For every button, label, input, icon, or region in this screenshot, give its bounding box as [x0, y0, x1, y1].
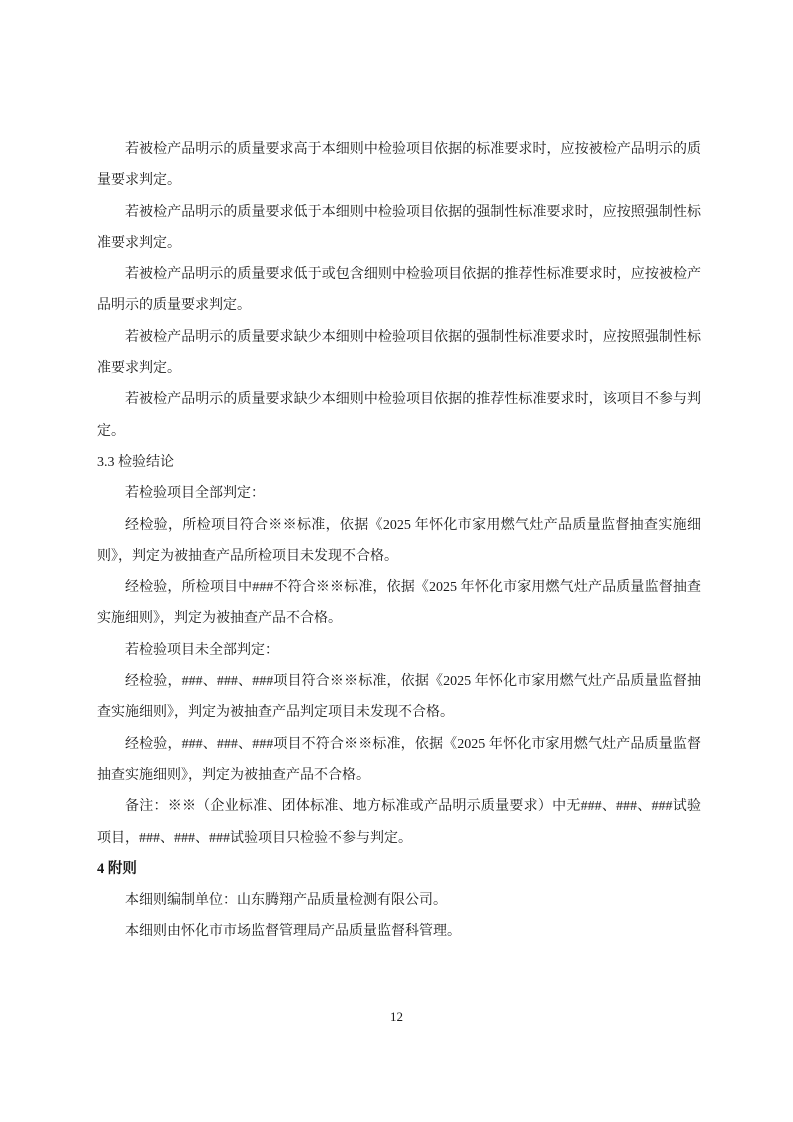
paragraph-quality-lower-mandatory: 若被检产品明示的质量要求低于本细则中检验项目依据的强制性标准要求时，应按照强制性…	[97, 197, 701, 260]
paragraph-quality-lower-recommended: 若被检产品明示的质量要求低于或包含细则中检验项目依据的推荐性标准要求时，应按被检…	[97, 259, 701, 322]
paragraph-remark: 备注：※※（企业标准、团体标准、地方标准或产品明示质量要求）中无###、###、…	[97, 791, 701, 854]
paragraph-partial-pass-conclusion: 经检验，###、###、###项目符合※※标准，依据《2025 年怀化市家用燃气…	[97, 666, 701, 729]
paragraph-partial-fail-conclusion: 经检验，###、###、###项目不符合※※标准，依据《2025 年怀化市家用燃…	[97, 729, 701, 792]
paragraph-compiling-unit: 本细则编制单位：山东腾翔产品质量检测有限公司。	[97, 885, 701, 916]
paragraph-managing-unit: 本细则由怀化市市场监督管理局产品质量监督科管理。	[97, 916, 701, 947]
paragraph-pass-conclusion: 经检验，所检项目符合※※标准，依据《2025 年怀化市家用燃气灶产品质量监督抽查…	[97, 510, 701, 573]
document-page: 若被检产品明示的质量要求高于本细则中检验项目依据的标准要求时，应按被检产品明示的…	[0, 0, 793, 1122]
page-number: 12	[0, 1008, 793, 1026]
section-heading-4: 4 附则	[97, 854, 701, 885]
section-heading-3-3: 3.3 检验结论	[97, 447, 701, 478]
paragraph-not-all-judged-intro: 若检验项目未全部判定：	[97, 635, 701, 666]
paragraph-quality-higher: 若被检产品明示的质量要求高于本细则中检验项目依据的标准要求时，应按被检产品明示的…	[97, 134, 701, 197]
paragraph-fail-conclusion: 经检验，所检项目中###不符合※※标准，依据《2025 年怀化市家用燃气灶产品质…	[97, 572, 701, 635]
paragraph-quality-missing-recommended: 若被检产品明示的质量要求缺少本细则中检验项目依据的推荐性标准要求时，该项目不参与…	[97, 384, 701, 447]
paragraph-all-judged-intro: 若检验项目全部判定：	[97, 478, 701, 509]
paragraph-quality-missing-mandatory: 若被检产品明示的质量要求缺少本细则中检验项目依据的强制性标准要求时，应按照强制性…	[97, 322, 701, 385]
page-content: 若被检产品明示的质量要求高于本细则中检验项目依据的标准要求时，应按被检产品明示的…	[97, 134, 701, 948]
